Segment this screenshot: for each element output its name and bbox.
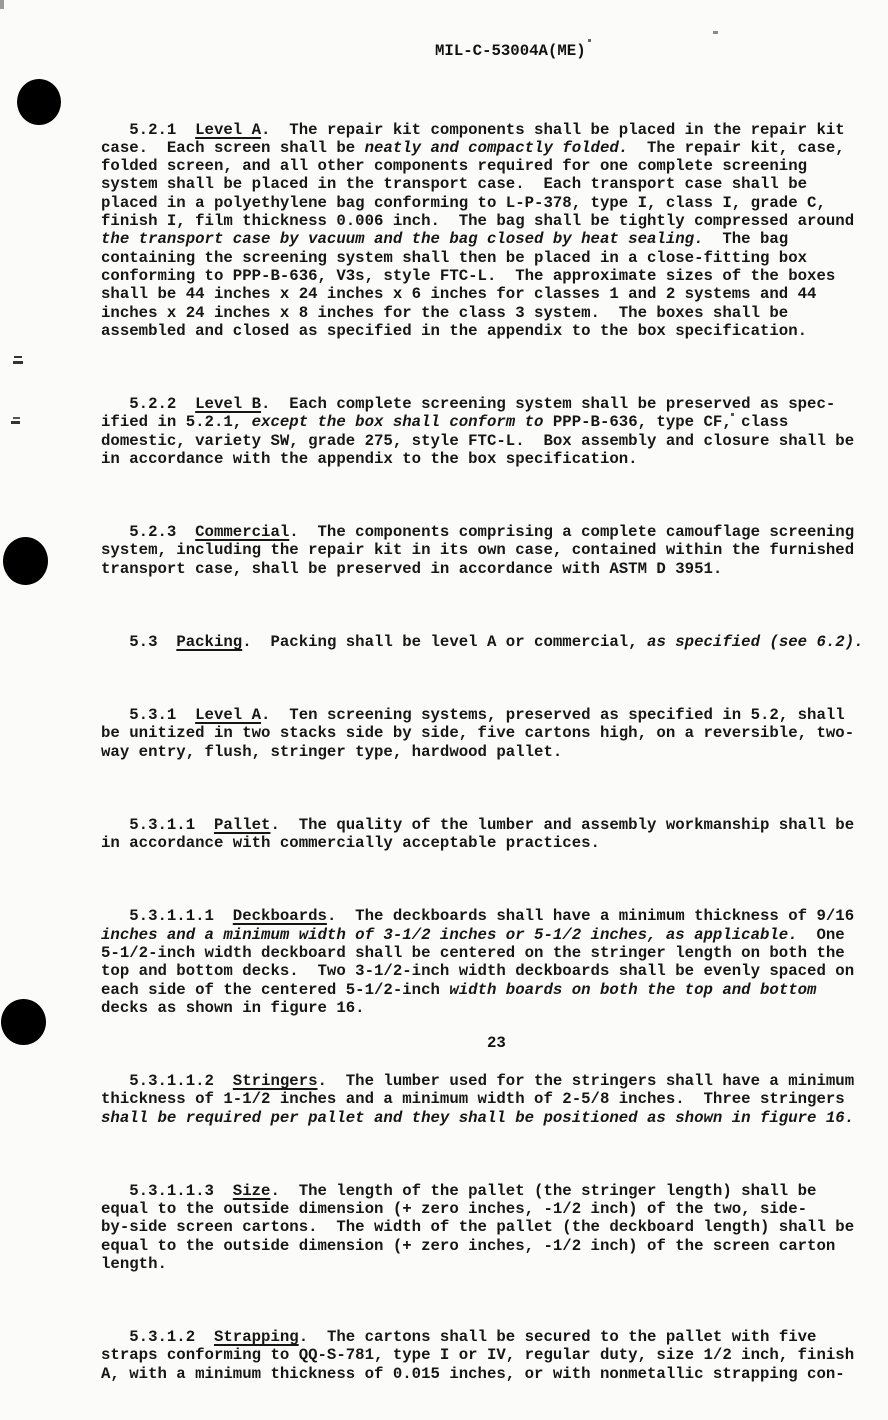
paragraph-5-2-3: 5.2.3 Commercial. The components compris… xyxy=(101,523,885,578)
paragraph-5-2-2: 5.2.2 Level B. Each complete screening s… xyxy=(101,395,885,468)
scan-speck xyxy=(713,31,718,34)
text-segment: 5.3.1 xyxy=(101,706,195,724)
scan-speck xyxy=(13,417,20,419)
paragraph-5-3-1-1: 5.3.1.1 Pallet. The quality of the lumbe… xyxy=(101,816,885,853)
section-title: Deckboards xyxy=(233,907,327,925)
text-segment: neatly and compactly folded. xyxy=(365,139,629,157)
hole-punch-bottom xyxy=(1,999,46,1045)
scanned-document-page: MIL-C-53004A(ME) 5.2.1 Level A. The repa… xyxy=(0,0,888,1058)
section-title: Level B xyxy=(195,395,261,413)
scan-speck xyxy=(11,421,20,424)
text-segment: the transport case by vacuum and the bag… xyxy=(101,230,704,248)
text-segment: . The deckboards shall have a minimum th… xyxy=(327,907,854,925)
text-segment: decks as shown in figure 16. xyxy=(101,999,365,1017)
text-segment: 5.2.1 xyxy=(101,121,195,139)
text-segment: 5.3 xyxy=(101,633,176,651)
text-segment: 5.2.2 xyxy=(101,395,195,413)
text-segment: except the box shall conform to xyxy=(252,413,544,431)
text-segment: as specified (see 6.2). xyxy=(647,633,864,651)
section-title: Level A xyxy=(195,121,261,139)
paragraph-5-3-1-1-1: 5.3.1.1.1 Deckboards. The deckboards sha… xyxy=(101,907,885,1017)
scan-speck xyxy=(588,39,591,42)
scan-speck xyxy=(13,361,23,364)
text-segment: 5.2.3 xyxy=(101,523,195,541)
scan-speck xyxy=(0,0,4,9)
hole-punch-middle xyxy=(3,537,48,585)
section-title: Commercial xyxy=(195,523,289,541)
section-title: Packing xyxy=(176,633,242,651)
document-text-body: 5.2.1 Level A. The repair kit components… xyxy=(101,84,885,1058)
text-segment: . Packing shall be level A or commercial… xyxy=(242,633,647,651)
section-title: Pallet xyxy=(214,816,270,834)
text-segment: width boards on both the top and bottom xyxy=(449,981,816,999)
paragraph-5-2-1: 5.2.1 Level A. The repair kit components… xyxy=(101,121,885,341)
text-segment: inches and a minimum width of 3-1/2 inch… xyxy=(101,926,798,944)
scan-speck xyxy=(14,356,22,358)
page-number: 23 xyxy=(487,1034,506,1053)
text-segment: 5.3.1.1 xyxy=(101,816,214,834)
section-title: Level A xyxy=(195,706,261,724)
text-segment: 5.3.1.1.1 xyxy=(101,907,233,925)
paragraph-5-3-1: 5.3.1 Level A. Ten screening systems, pr… xyxy=(101,706,885,761)
paragraph-5-3: 5.3 Packing. Packing shall be level A or… xyxy=(101,633,885,651)
document-id-header: MIL-C-53004A(ME) xyxy=(435,42,586,61)
hole-punch-top xyxy=(17,79,61,125)
